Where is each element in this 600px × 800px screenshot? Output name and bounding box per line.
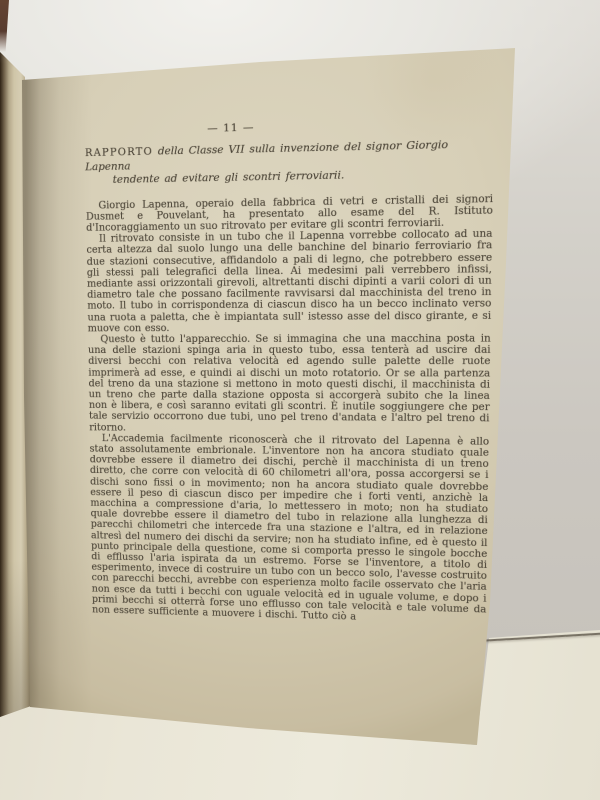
paragraph-1: Giorgio Lapenna, operaio della fabbrica … bbox=[86, 193, 493, 234]
paragraph-4: L'Accademia facilmente riconoscerà che i… bbox=[89, 433, 489, 626]
report-title: RAPPORTO della Classe VII sulla invenzio… bbox=[85, 138, 494, 188]
paragraph-3: Questo è tutto l'apparecchio. Se si imma… bbox=[88, 333, 491, 436]
report-title-line2: tendente ad evitare gli scontri ferrovia… bbox=[113, 166, 494, 187]
report-title-lead: RAPPORTO bbox=[85, 146, 153, 159]
photographed-document: — 11 — RAPPORTO della Classe VII sulla i… bbox=[0, 0, 600, 800]
page-number: — 11 — bbox=[207, 115, 494, 135]
page-text-block: — 11 — RAPPORTO della Classe VII sulla i… bbox=[84, 87, 495, 691]
paragraph-2: Il ritrovato consiste in un tubo che il … bbox=[86, 228, 492, 334]
